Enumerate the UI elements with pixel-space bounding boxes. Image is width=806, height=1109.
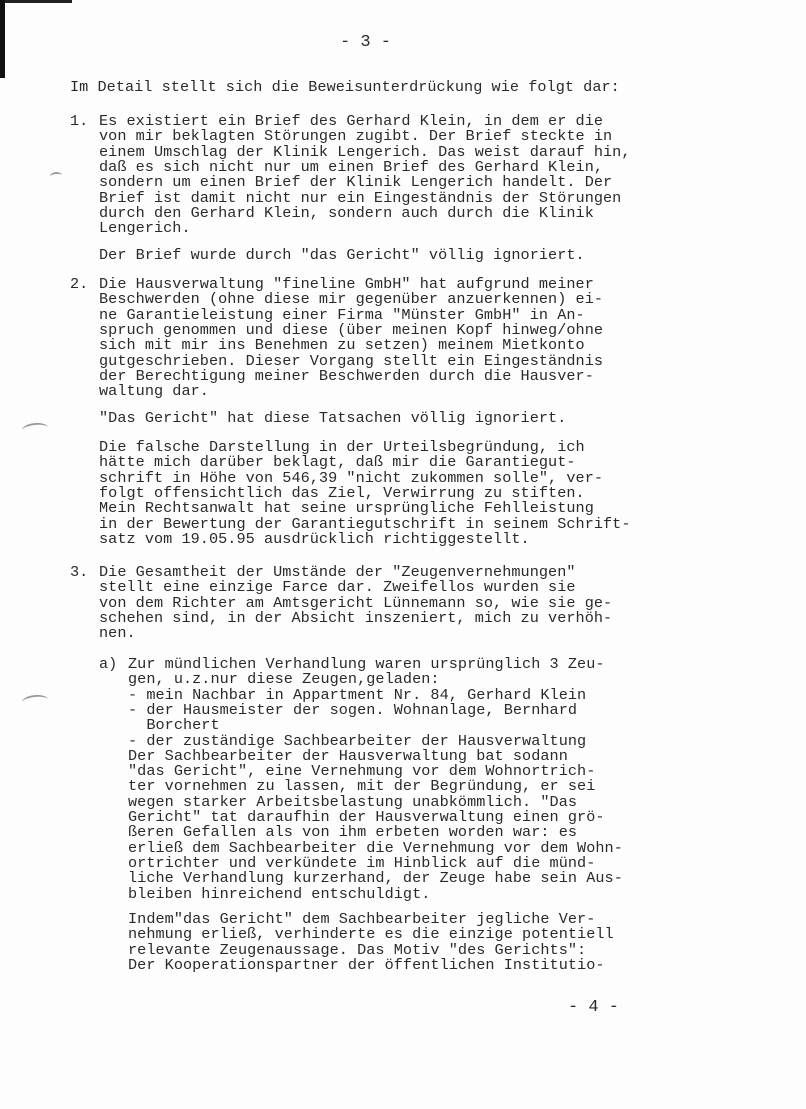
text-line: sondern um einen Brief der Klinik Lenger… (99, 175, 612, 190)
margin-mark-icon (21, 694, 48, 709)
text-line: nen. (99, 626, 136, 641)
text-line: Der Kooperationspartner der öffentlichen… (128, 958, 605, 973)
text-line: satz vom 19.05.95 ausdrücklich richtigge… (99, 532, 530, 547)
text-line: bleiben hinreichend entschuldigt. (128, 887, 430, 902)
text-line: sich mit mir ins Benehmen zu setzen) mei… (99, 338, 585, 353)
text-line: Mein Rechtsanwalt hat seine ursprünglich… (99, 501, 594, 516)
margin-mark-icon (21, 422, 48, 437)
item-marker: 2. (70, 277, 88, 292)
document-page: - 3 - Im Detail stellt sich die Beweisun… (0, 0, 806, 1109)
text-line: Lengerich. (99, 221, 191, 236)
text-line: schehen sind, in der Absicht inszeniert,… (99, 611, 612, 626)
scan-border (0, 0, 5, 78)
text-line: Der Brief wurde durch "das Gericht" völl… (99, 248, 585, 263)
page-number-header: - 3 - (340, 33, 391, 52)
text-line: Borchert (128, 718, 220, 733)
item-marker: 1. (70, 114, 88, 129)
text-line: waltung dar. (99, 384, 209, 399)
intro-line: Im Detail stellt sich die Beweisunterdrü… (70, 80, 620, 95)
page-number-footer: - 4 - (568, 998, 619, 1017)
text-line: "Das Gericht" hat diese Tatsachen völlig… (99, 411, 566, 426)
item-marker: 3. (70, 565, 88, 580)
sub-item-marker: a) (99, 657, 117, 672)
text-line: liche Verhandlung kurzerhand, der Zeuge … (128, 871, 623, 886)
margin-mark-icon (50, 171, 63, 180)
scan-border (0, 0, 72, 3)
